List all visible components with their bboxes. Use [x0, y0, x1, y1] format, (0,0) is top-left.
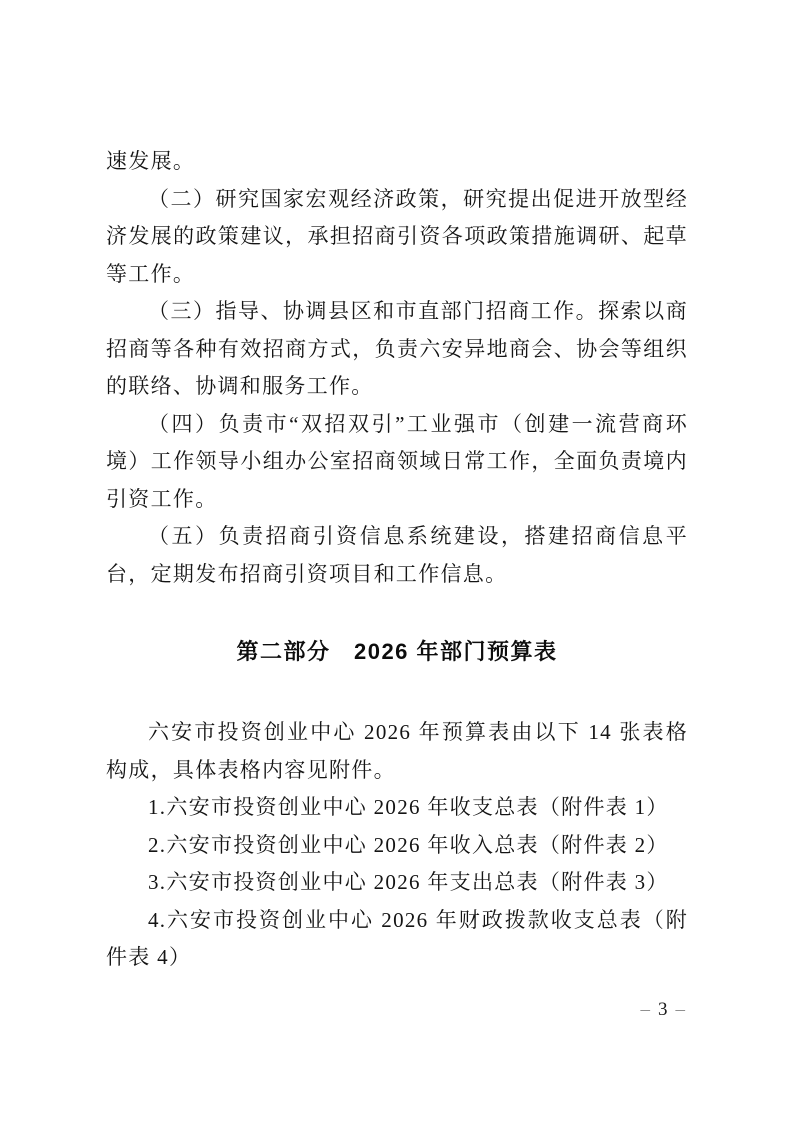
paragraph-duty-3: （三）指导、协调县区和市直部门招商工作。探索以商招商等各种有效招商方式，负责六安…: [106, 293, 688, 406]
section-heading: 第二部分 2026 年部门预算表: [106, 632, 688, 672]
table-list-item-2: 2.六安市投资创业中心 2026 年收入总表（附件表 2）: [106, 827, 688, 865]
paragraph-duty-4: （四）负责市“双招双引”工业强市（创建一流营商环境）工作领导小组办公室招商领域日…: [106, 406, 688, 519]
page-number-value: 3: [658, 999, 669, 1020]
table-list-item-3: 3.六安市投资创业中心 2026 年支出总表（附件表 3）: [106, 864, 688, 902]
document-body: 速发展。 （二）研究国家宏观经济政策，研究提出促进开放型经济发展的政策建议，承担…: [106, 143, 688, 977]
paragraph-duty-5: （五）负责招商引资信息系统建设，搭建招商信息平台，定期发布招商引资项目和工作信息…: [106, 518, 688, 593]
page-number: –3–: [634, 998, 694, 1022]
table-list-item-4: 4.六安市投资创业中心 2026 年财政拨款收支总表（附件表 4）: [106, 902, 688, 977]
document-page: 速发展。 （二）研究国家宏观经济政策，研究提出促进开放型经济发展的政策建议，承担…: [0, 0, 793, 1122]
paragraph-duty-2: （二）研究国家宏观经济政策，研究提出促进开放型经济发展的政策建议，承担招商引资各…: [106, 181, 688, 294]
page-number-dash-left: –: [634, 999, 659, 1020]
paragraph-intro: 六安市投资创业中心 2026 年预算表由以下 14 张表格构成，具体表格内容见附…: [106, 714, 688, 789]
paragraph-continuation: 速发展。: [106, 143, 688, 181]
page-number-dash-right: –: [669, 999, 694, 1020]
table-list-item-1: 1.六安市投资创业中心 2026 年收支总表（附件表 1）: [106, 789, 688, 827]
